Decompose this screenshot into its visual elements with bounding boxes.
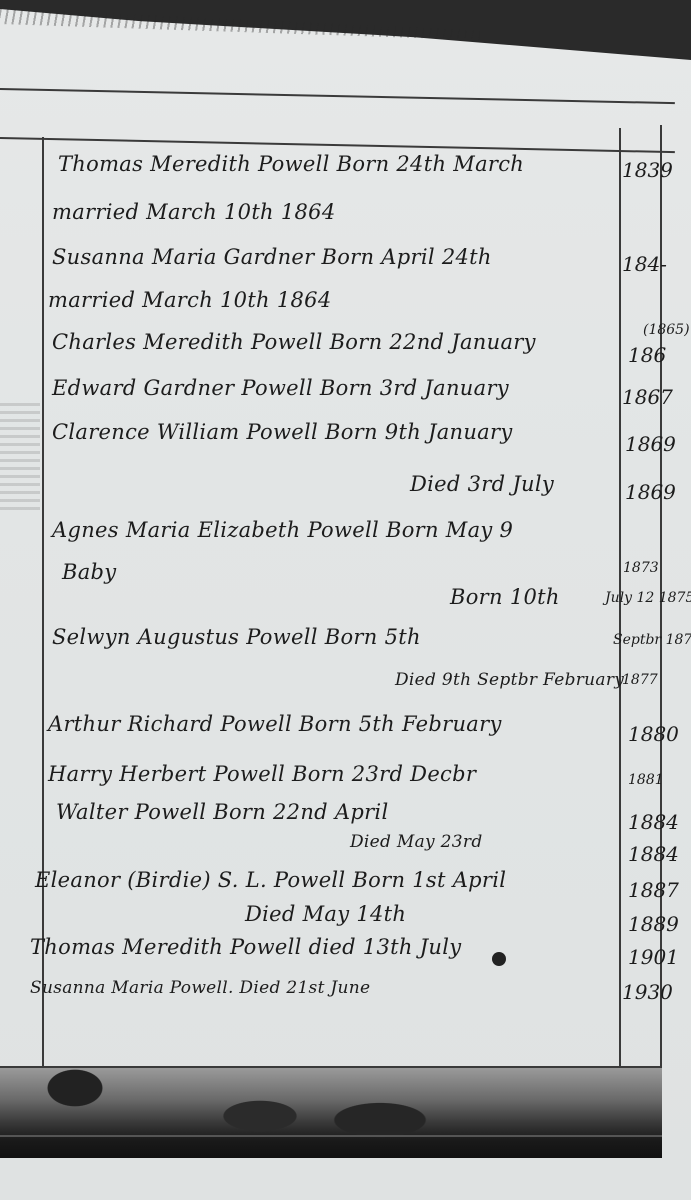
entry-year: 1839 [622, 158, 673, 182]
entry-year: 1901 [628, 945, 679, 969]
entry-text: Died May 14th [245, 902, 406, 926]
entry-year: 184- [622, 252, 667, 276]
entry-text: Thomas Meredith Powell Born 24th March [58, 152, 524, 176]
entry-text: Selwyn Augustus Powell Born 5th [52, 625, 421, 649]
entry-year: 1880 [628, 722, 679, 746]
entry-text: Died May 23rd [350, 832, 483, 852]
entry-text: Died 3rd July [410, 472, 554, 496]
left-margin-line [42, 137, 44, 1067]
photocopy-edge-line [0, 1135, 662, 1137]
entry-text: Susanna Maria Gardner Born April 24th [52, 245, 492, 269]
entry-text: Susanna Maria Powell. Died 21st June [30, 978, 370, 998]
entry-text: Agnes Maria Elizabeth Powell Born May 9 [52, 518, 513, 542]
entry-text: Clarence William Powell Born 9th January [52, 420, 513, 444]
entry-text: Eleanor (Birdie) S. L. Powell Born 1st A… [35, 868, 506, 892]
entry-text: Died 9th Septbr February [395, 670, 624, 690]
entry-year: 1873 [623, 560, 659, 576]
entry-text: Baby [62, 560, 116, 584]
entry-text: Born 10th [450, 585, 560, 609]
entry-text: married March 10th 1864 [52, 200, 336, 224]
ruled-line-header [0, 137, 675, 153]
entry-year: 1869 [625, 480, 676, 504]
show-through-stain [0, 400, 40, 510]
entry-year: 1881 [628, 772, 664, 788]
entry-year: 1889 [628, 912, 679, 936]
entry-text: Thomas Meredith Powell died 13th July [30, 935, 461, 959]
entry-year: 1869 [625, 432, 676, 456]
entry-text: married March 10th 1864 [48, 288, 332, 312]
entry-text: Charles Meredith Powell Born 22nd Januar… [52, 330, 536, 354]
entry-year: 1884 [628, 842, 679, 866]
photocopy-dark-edge-bottom [0, 1068, 662, 1158]
entry-year: July 12 1875 [605, 590, 691, 606]
entry-year: 1930 [622, 980, 673, 1004]
entry-text: Edward Gardner Powell Born 3rd January [52, 376, 509, 400]
entry-text: Arthur Richard Powell Born 5th February [48, 712, 502, 736]
entry-year: Septbr 1876 [613, 632, 691, 648]
entry-year: 1884 [628, 810, 679, 834]
register-page: Thomas Meredith Powell Born 24th March 1… [0, 0, 691, 1200]
entry-year-note: (1865) [643, 322, 690, 338]
entry-year: 1877 [622, 672, 658, 688]
entry-text: Walter Powell Born 22nd April [56, 800, 388, 824]
entry-year: 1887 [628, 878, 679, 902]
entry-year: 1867 [622, 385, 673, 409]
entry-year: 186 [628, 343, 666, 367]
ruled-line-top [0, 88, 675, 104]
entry-text: Harry Herbert Powell Born 23rd Decbr [48, 762, 476, 786]
ink-blot [492, 952, 506, 966]
